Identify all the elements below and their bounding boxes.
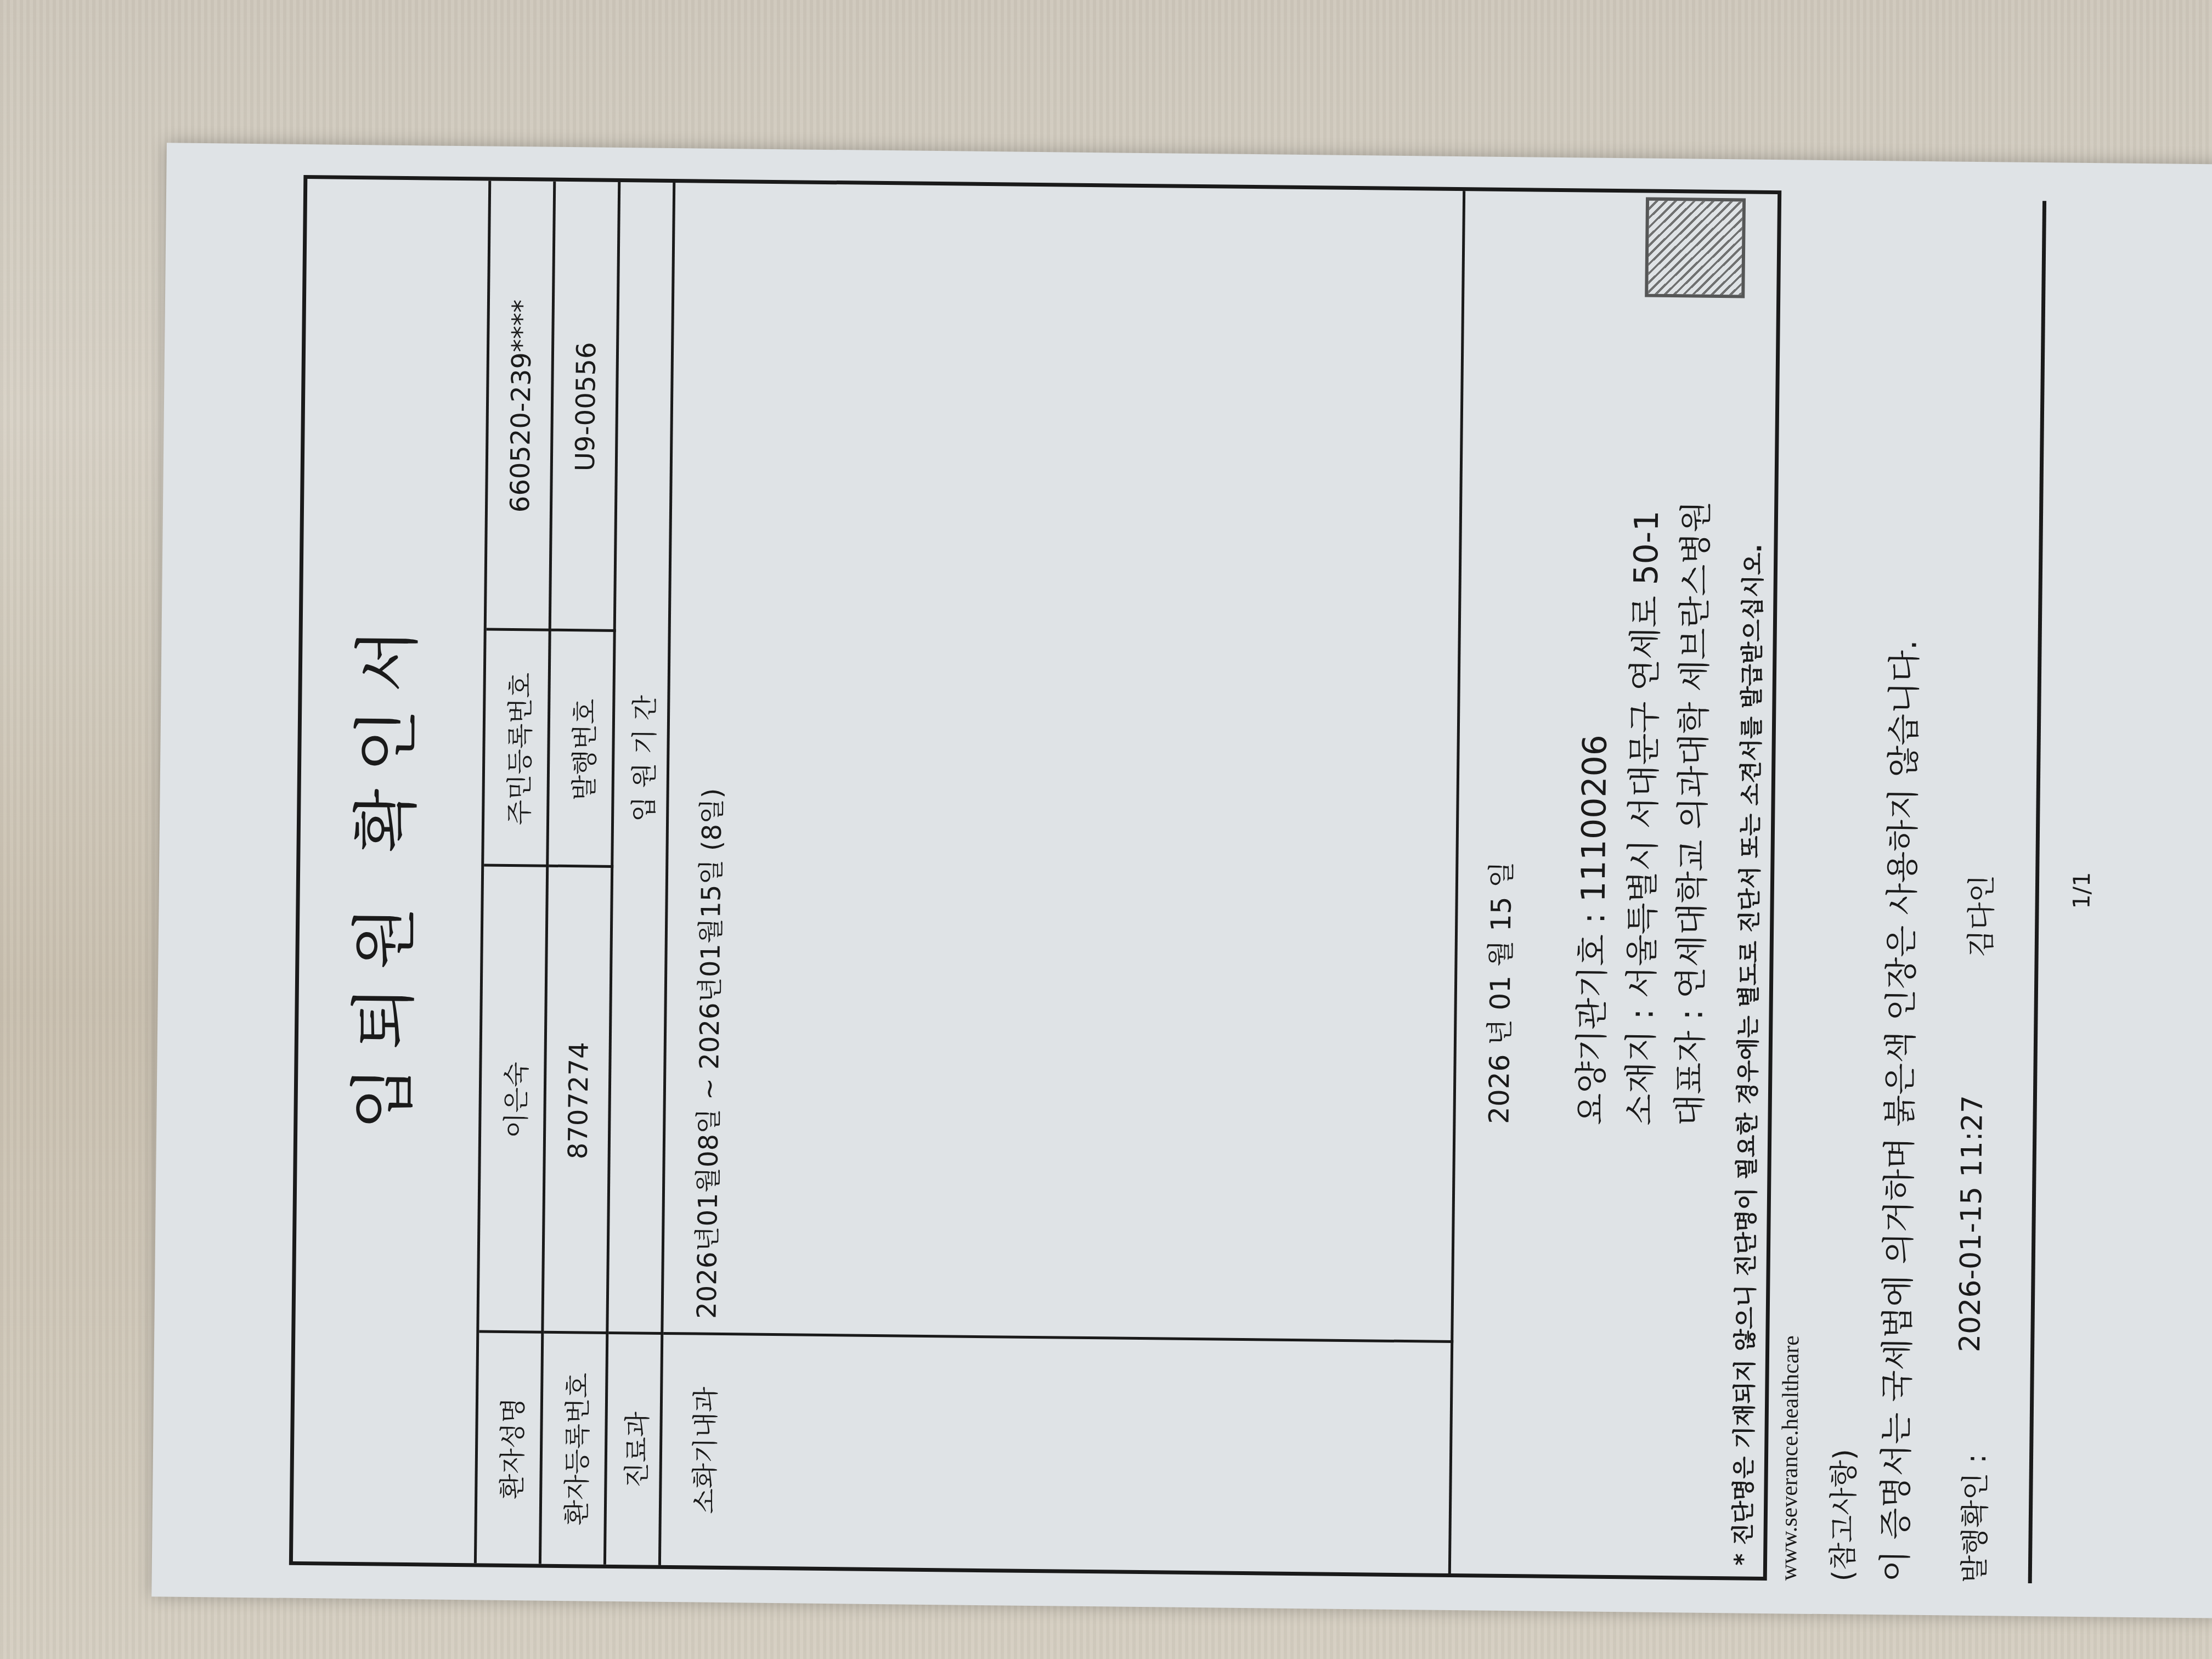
document-page: 입퇴원 확인서 환자성명 이은숙 주민등록번호 660520-239**** 환… [151, 143, 2212, 1618]
note-text: 이 증명서는 국세법에 의거하며 붉은색 인장은 사용하지 않습니다. [1869, 640, 1926, 1582]
value-period: 2026년01월08일 ~ 2026년01월15일 (8일) [663, 166, 1465, 1343]
footer-rule [2028, 201, 2046, 1583]
issue-date: 2026 년 01 월 15 일 [1477, 861, 1519, 1125]
page-indicator: 1/1 [2068, 872, 2096, 909]
website-link: www.severance.healthcare [1776, 1335, 1805, 1581]
issued-at: 2026-01-15 11:27 [1954, 1095, 1989, 1352]
label-patient-name: 환자성명 [477, 1333, 544, 1564]
label-resident-no: 주민등록번호 [484, 630, 551, 867]
institution-code: 요양기관기호 : 11100206 [1565, 735, 1616, 1125]
footnote: * 진단명은 기재되지 않으니 진단명이 필요한 경우에는 별도로 진단서 또는… [1725, 544, 1768, 1566]
label-patient-reg: 환자등록번호 [541, 1334, 608, 1565]
value-dept: 소화기내과 [661, 1335, 1453, 1573]
issuer-name: 김다인 [1958, 874, 2000, 957]
hospital-address: 소재지 : 서울특별시 서대문구 연세로 50-1 [1614, 510, 1668, 1126]
document-sheet: 입퇴원 확인서 환자성명 이은숙 주민등록번호 660520-239**** 환… [151, 143, 2212, 1618]
value-resident-no: 660520-239**** [487, 181, 556, 631]
value-patient-reg: 8707274 [544, 867, 613, 1334]
value-issue-no: U9-00556 [551, 182, 621, 632]
hospital-seal-stamp [1645, 198, 1746, 298]
note-heading: (참고사항) [1820, 1449, 1863, 1582]
hospital-representative: 대표자 : 연세대학교 의과대학 세브란스병원 [1663, 500, 1717, 1126]
paper-stack: 입퇴원 확인서 환자성명 이은숙 주민등록번호 660520-239**** 환… [82, 71, 2211, 1580]
label-dept: 진료과 [606, 1334, 663, 1565]
value-patient-name: 이은숙 [479, 866, 549, 1333]
form-frame: 입퇴원 확인서 환자성명 이은숙 주민등록번호 660520-239**** 환… [289, 175, 1781, 1581]
label-issue-no: 발행번호 [549, 631, 616, 868]
document-title: 입퇴원 확인서 [326, 179, 435, 1563]
row-dept-period: 소화기내과 2026년01월08일 ~ 2026년01월15일 (8일) [658, 183, 1465, 1573]
issuer-label: 발행확인 : [1951, 1454, 1994, 1583]
